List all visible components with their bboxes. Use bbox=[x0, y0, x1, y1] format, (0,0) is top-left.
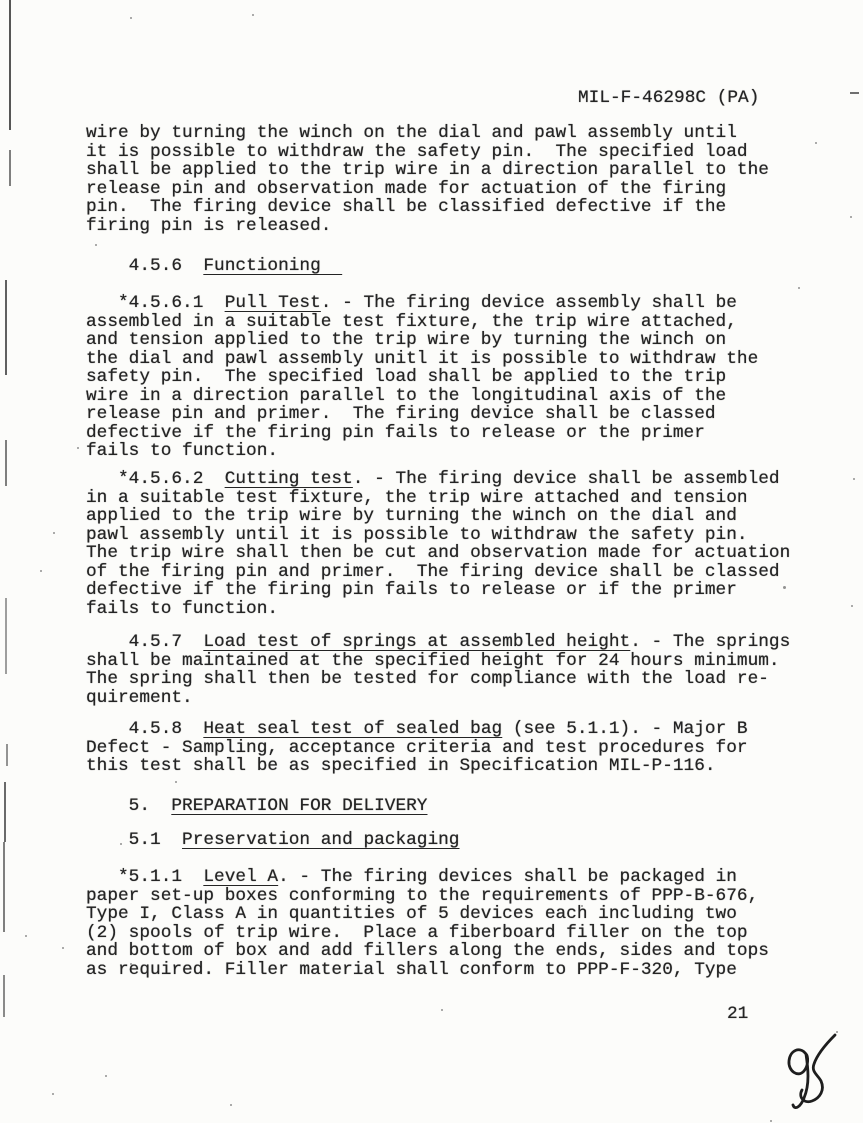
scan-edge-line-artifact bbox=[4, 782, 6, 842]
body-text: 4.5.6 bbox=[86, 256, 203, 276]
scan-speck-artifact bbox=[770, 1120, 772, 1122]
scan-speck-artifact bbox=[581, 905, 583, 907]
scan-speck-artifact bbox=[95, 244, 97, 246]
underlined-heading-text: Level A bbox=[203, 867, 278, 887]
scan-speck-artifact bbox=[815, 142, 817, 144]
scan-speck-artifact bbox=[441, 1009, 443, 1011]
paragraph-4-5-8-heat-seal-test: 4.5.8 Heat seal test of sealed bag (see … bbox=[86, 720, 748, 776]
scan-speck-artifact bbox=[25, 935, 27, 937]
heading-4-5-6-functioning: 4.5.6 Functioning bbox=[86, 257, 342, 276]
heading-5-preparation-for-delivery: 5. PREPARATION FOR DELIVERY bbox=[86, 797, 427, 816]
scan-speck-artifact bbox=[850, 216, 852, 218]
scan-speck-artifact bbox=[53, 532, 55, 534]
paragraph-4-5-6-2-cutting-test: *4.5.6.2 Cutting test. - The firing devi… bbox=[86, 470, 790, 618]
paragraph-pull-test-continuation: wire by turning the winch on the dial an… bbox=[86, 124, 769, 235]
paragraph-5-1-1-level-a: *5.1.1 Level A. - The firing devices sha… bbox=[86, 868, 769, 979]
handwritten-mark-95 bbox=[740, 1020, 860, 1123]
scan-edge-line-artifact bbox=[9, 150, 11, 186]
scan-speck-artifact bbox=[62, 947, 64, 949]
underlined-heading-text: Load test of springs at assembled height bbox=[203, 632, 630, 652]
heading-5-1-preservation-and-packaging: 5.1 Preservation and packaging bbox=[86, 831, 459, 850]
body-text: wire by turning the winch on the dial an… bbox=[86, 123, 769, 236]
underlined-heading-text: Functioning bbox=[203, 256, 342, 276]
body-text: . - The firing device shall be assembled… bbox=[86, 469, 790, 619]
handwritten-nine-stroke bbox=[789, 1050, 808, 1108]
scan-speck-artifact bbox=[783, 586, 786, 589]
scan-speck-artifact bbox=[836, 1031, 838, 1033]
scan-speck-artifact bbox=[52, 1093, 54, 1095]
scan-speck-artifact bbox=[853, 478, 855, 480]
scan-speck-artifact bbox=[120, 843, 122, 845]
underlined-heading-text: Heat seal test of sealed bag bbox=[203, 719, 502, 739]
scan-speck-artifact bbox=[252, 14, 254, 16]
scan-edge-line-artifact bbox=[5, 440, 7, 486]
scan-speck-artifact bbox=[851, 605, 853, 607]
body-text: *4.5.6.1 bbox=[86, 293, 225, 313]
scan-edge-line-artifact bbox=[5, 598, 7, 674]
scan-speck-artifact bbox=[130, 963, 132, 965]
underlined-heading-text: Cutting test bbox=[225, 469, 353, 489]
scan-edge-line-artifact bbox=[3, 842, 5, 932]
body-text: *5.1.1 bbox=[86, 867, 203, 887]
paragraph-4-5-6-1-pull-test: *4.5.6.1 Pull Test. - The firing device … bbox=[86, 294, 758, 461]
scan-speck-artifact bbox=[798, 287, 800, 289]
scan-speck-artifact bbox=[105, 1075, 107, 1077]
scan-dash-artifact bbox=[850, 92, 859, 94]
document-id-header: MIL-F-46298C (PA) bbox=[578, 89, 759, 108]
body-text: 4.5.8 bbox=[86, 719, 203, 739]
underlined-heading-text: Preservation and packaging bbox=[182, 830, 459, 850]
scan-speck-artifact bbox=[230, 1104, 232, 1106]
scan-speck-artifact bbox=[175, 781, 177, 783]
scan-speck-artifact bbox=[77, 447, 79, 449]
body-text: 5.1 bbox=[86, 830, 182, 850]
scan-speck-artifact bbox=[40, 570, 42, 572]
paragraph-4-5-7-load-test-of-springs: 4.5.7 Load test of springs at assembled … bbox=[86, 633, 790, 707]
scanned-document-page: MIL-F-46298C (PA) wire by turning the wi… bbox=[0, 0, 863, 1123]
underlined-heading-text: Pull Test bbox=[225, 293, 321, 313]
scan-edge-line-artifact bbox=[5, 280, 7, 375]
scan-edge-line-artifact bbox=[3, 975, 5, 1017]
body-text: *4.5.6.2 bbox=[86, 469, 225, 489]
body-text: 5. bbox=[86, 796, 171, 816]
body-text: 4.5.7 bbox=[86, 632, 203, 652]
underlined-heading-text: PREPARATION FOR DELIVERY bbox=[171, 796, 427, 816]
scan-speck-artifact bbox=[130, 17, 132, 19]
scan-edge-line-artifact bbox=[6, 744, 8, 766]
scan-edge-line-artifact bbox=[9, 0, 11, 130]
body-text: . - The firing device assembly shall be … bbox=[86, 293, 758, 461]
